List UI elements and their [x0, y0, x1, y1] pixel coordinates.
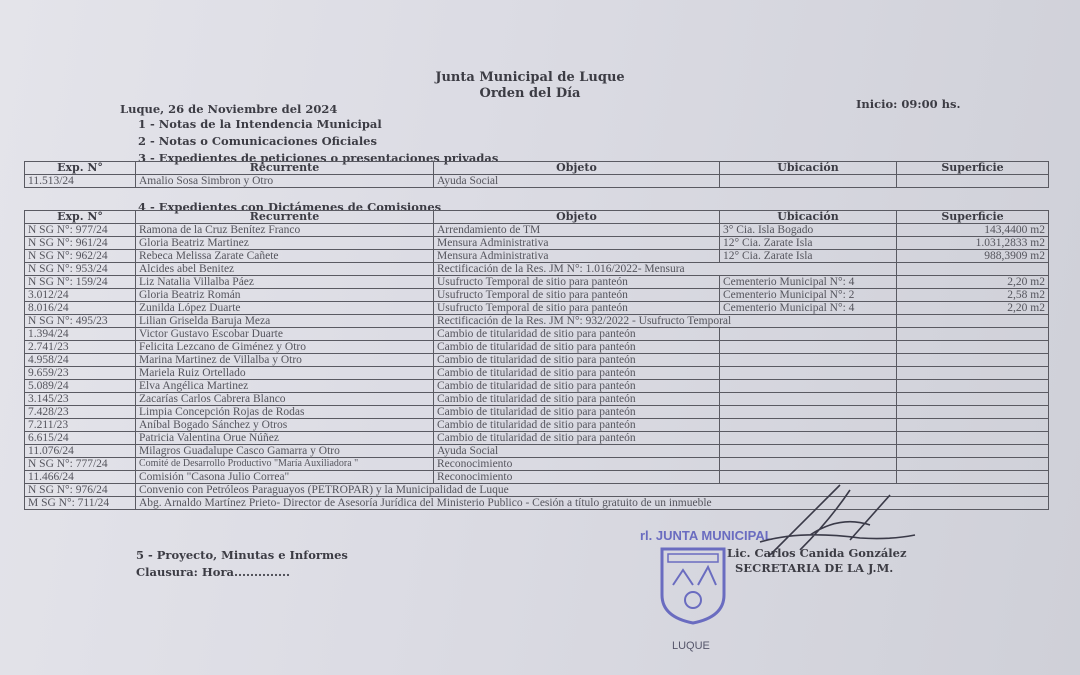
cell-superficie — [897, 354, 1049, 367]
cell-objeto: Reconocimiento — [434, 458, 720, 471]
cell-objeto: Cambio de titularidad de sitio para pant… — [434, 406, 720, 419]
cell-exp: 11.513/24 — [25, 175, 136, 188]
cell-exp: 3.145/23 — [25, 393, 136, 406]
cell-exp: M SG N°: 711/24 — [25, 497, 136, 510]
cell-superficie — [897, 380, 1049, 393]
cell-exp: N SG N°: 953/24 — [25, 263, 136, 276]
col-ubicacion: Ubicación — [720, 162, 897, 175]
cell-superficie — [897, 406, 1049, 419]
cell-superficie: 143,4400 m2 — [897, 224, 1049, 237]
cell-exp: 7.211/23 — [25, 419, 136, 432]
col-objeto: Objeto — [434, 162, 720, 175]
cell-objeto: Rectificación de la Res. JM N°: 932/2022… — [434, 315, 897, 328]
cell-ubicacion: 12° Cia. Zarate Isla — [720, 250, 897, 263]
cell-ubicacion: 12° Cia. Zarate Isla — [720, 237, 897, 250]
cell-exp: 6.615/24 — [25, 432, 136, 445]
cell-objeto: Ayuda Social — [434, 175, 720, 188]
cell-exp: 4.958/24 — [25, 354, 136, 367]
cell-exp: N SG N°: 777/24 — [25, 458, 136, 471]
table-row: N SG N°: 495/23Lilian Griselda Baruja Me… — [25, 315, 1049, 328]
section-5: 5 - Proyecto, Minutas e Informes — [136, 548, 348, 562]
cell-superficie — [897, 445, 1049, 458]
cell-objeto: Ayuda Social — [434, 445, 720, 458]
cell-superficie — [897, 315, 1049, 328]
closing-time: Clausura: Hora.............. — [136, 565, 290, 579]
cell-ubicacion: Cementerio Municipal N°: 4 — [720, 302, 897, 315]
table-private-petitions: Exp. N° Recurrente Objeto Ubicación Supe… — [24, 161, 1049, 188]
col-superficie: Superficie — [897, 162, 1049, 175]
cell-objeto: Reconocimiento — [434, 471, 720, 484]
cell-ubicacion — [720, 354, 897, 367]
stamp-city: LUQUE — [672, 640, 773, 652]
cell-exp: N SG N°: 962/24 — [25, 250, 136, 263]
cell-objeto: Mensura Administrativa — [434, 237, 720, 250]
table-row: 7.428/23Limpia Concepción Rojas de Rodas… — [25, 406, 1049, 419]
col-objeto: Objeto — [434, 211, 720, 224]
cell-ubicacion — [720, 419, 897, 432]
cell-recurrente: Mariela Ruiz Ortellado — [136, 367, 434, 380]
table-row: 9.659/23Mariela Ruiz OrtelladoCambio de … — [25, 367, 1049, 380]
cell-exp: 8.016/24 — [25, 302, 136, 315]
cell-exp: N SG N°: 495/23 — [25, 315, 136, 328]
table-row: N SG N°: 777/24Comité de Desarrollo Prod… — [25, 458, 1049, 471]
table-row: N SG N°: 159/24Liz Natalia Villalba Páez… — [25, 276, 1049, 289]
cell-objeto: Cambio de titularidad de sitio para pant… — [434, 432, 720, 445]
cell-recurrente: Marina Martinez de Villalba y Otro — [136, 354, 434, 367]
table-row: 1.394/24Victor Gustavo Escobar DuarteCam… — [25, 328, 1049, 341]
cell-recurrente: Zunilda López Duarte — [136, 302, 434, 315]
cell-exp: 5.089/24 — [25, 380, 136, 393]
cell-objeto: Arrendamiento de TM — [434, 224, 720, 237]
cell-objeto: Cambio de titularidad de sitio para pant… — [434, 367, 720, 380]
cell-superficie — [897, 341, 1049, 354]
cell-recurrente: Alcides abel Benitez — [136, 263, 434, 276]
cell-superficie — [897, 328, 1049, 341]
cell-recurrente: Comité de Desarrollo Productivo "María A… — [136, 458, 434, 471]
cell-objeto: Mensura Administrativa — [434, 250, 720, 263]
cell-superficie — [897, 263, 1049, 276]
cell-superficie — [897, 367, 1049, 380]
cell-recurrente: Victor Gustavo Escobar Duarte — [136, 328, 434, 341]
table-row: 6.615/24Patricia Valentina Orue NúñezCam… — [25, 432, 1049, 445]
col-ubicacion: Ubicación — [720, 211, 897, 224]
cell-superficie: 2,58 m2 — [897, 289, 1049, 302]
cell-objeto: Cambio de titularidad de sitio para pant… — [434, 328, 720, 341]
cell-ubicacion: Cementerio Municipal N°: 2 — [720, 289, 897, 302]
cell-recurrente: Gloria Beatriz Martinez — [136, 237, 434, 250]
cell-ubicacion — [720, 380, 897, 393]
cell-superficie: 1.031,2833 m2 — [897, 237, 1049, 250]
table-row: 2.741/23Felicita Lezcano de Giménez y Ot… — [25, 341, 1049, 354]
table-committee-opinions: Exp. N° Recurrente Objeto Ubicación Supe… — [24, 210, 1049, 510]
table-row: 11.513/24Amalio Sosa Simbron y OtroAyuda… — [25, 175, 1049, 188]
cell-objeto: Usufructo Temporal de sitio para panteón — [434, 276, 720, 289]
section-1: 1 - Notas de la Intendencia Municipal — [138, 117, 382, 131]
cell-exp: 3.012/24 — [25, 289, 136, 302]
cell-recurrente: Limpia Concepción Rojas de Rodas — [136, 406, 434, 419]
table-row: N SG N°: 962/24Rebeca Melissa Zarate Cañ… — [25, 250, 1049, 263]
section-2: 2 - Notas o Comunicaciones Oficiales — [138, 134, 377, 148]
col-exp: Exp. N° — [25, 211, 136, 224]
table-row: 5.089/24Elva Angélica MartinezCambio de … — [25, 380, 1049, 393]
table-header: Exp. N° Recurrente Objeto Ubicación Supe… — [25, 162, 1049, 175]
cell-superficie — [897, 432, 1049, 445]
col-superficie: Superficie — [897, 211, 1049, 224]
cell-exp: 2.741/23 — [25, 341, 136, 354]
table-row: N SG N°: 953/24Alcides abel BenitezRecti… — [25, 263, 1049, 276]
cell-objeto: Usufructo Temporal de sitio para panteón — [434, 289, 720, 302]
table-row: 4.958/24Marina Martinez de Villalba y Ot… — [25, 354, 1049, 367]
cell-recurrente: Milagros Guadalupe Casco Gamarra y Otro — [136, 445, 434, 458]
cell-superficie — [897, 458, 1049, 471]
institution-title: Junta Municipal de Luque — [380, 70, 680, 85]
cell-objeto: Rectificación de la Res. JM N°: 1.016/20… — [434, 263, 897, 276]
table-row: N SG N°: 961/24Gloria Beatriz MartinezMe… — [25, 237, 1049, 250]
cell-ubicacion — [720, 432, 897, 445]
cell-ubicacion — [720, 328, 897, 341]
cell-ubicacion — [720, 445, 897, 458]
cell-exp: N SG N°: 159/24 — [25, 276, 136, 289]
cell-recurrente: Patricia Valentina Orue Núñez — [136, 432, 434, 445]
cell-recurrente: Amalio Sosa Simbron y Otro — [136, 175, 434, 188]
document-title: Orden del Día — [380, 86, 680, 101]
cell-exp: 9.659/23 — [25, 367, 136, 380]
cell-objeto: Usufructo Temporal de sitio para panteón — [434, 302, 720, 315]
cell-superficie: 2,20 m2 — [897, 276, 1049, 289]
cell-recurrente: Lilian Griselda Baruja Meza — [136, 315, 434, 328]
cell-superficie — [897, 175, 1049, 188]
table-row: N SG N°: 977/24Ramona de la Cruz Benítez… — [25, 224, 1049, 237]
cell-objeto: Cambio de titularidad de sitio para pant… — [434, 419, 720, 432]
cell-exp: 11.466/24 — [25, 471, 136, 484]
cell-superficie: 2,20 m2 — [897, 302, 1049, 315]
cell-recurrente: Ramona de la Cruz Benítez Franco — [136, 224, 434, 237]
cell-recurrente: Gloria Beatriz Román — [136, 289, 434, 302]
cell-ubicacion — [720, 406, 897, 419]
cell-ubicacion — [720, 341, 897, 354]
document-page: Junta Municipal de Luque Orden del Día L… — [0, 0, 1080, 675]
cell-exp: 1.394/24 — [25, 328, 136, 341]
cell-recurrente: Zacarías Carlos Cabrera Blanco — [136, 393, 434, 406]
cell-objeto: Cambio de titularidad de sitio para pant… — [434, 341, 720, 354]
cell-ubicacion — [720, 175, 897, 188]
coat-of-arms-icon — [658, 545, 728, 625]
cell-objeto: Cambio de titularidad de sitio para pant… — [434, 393, 720, 406]
col-recurrente: Recurrente — [136, 211, 434, 224]
cell-objeto: Cambio de titularidad de sitio para pant… — [434, 354, 720, 367]
table-header: Exp. N° Recurrente Objeto Ubicación Supe… — [25, 211, 1049, 224]
cell-ubicacion — [720, 393, 897, 406]
signer-name: Lic. Carlos Canida González — [727, 546, 907, 560]
cell-recurrente: Liz Natalia Villalba Páez — [136, 276, 434, 289]
cell-exp: N SG N°: 976/24 — [25, 484, 136, 497]
cell-recurrente: Rebeca Melissa Zarate Cañete — [136, 250, 434, 263]
table-row: 8.016/24Zunilda López DuarteUsufructo Te… — [25, 302, 1049, 315]
cell-ubicacion — [720, 367, 897, 380]
table-row: 11.076/24Milagros Guadalupe Casco Gamarr… — [25, 445, 1049, 458]
cell-recurrente: Comisión "Casona Julio Correa" — [136, 471, 434, 484]
cell-objeto: Cambio de titularidad de sitio para pant… — [434, 380, 720, 393]
cell-exp: N SG N°: 977/24 — [25, 224, 136, 237]
cell-exp: N SG N°: 961/24 — [25, 237, 136, 250]
table-row: 3.145/23Zacarías Carlos Cabrera BlancoCa… — [25, 393, 1049, 406]
start-time: Inicio: 09:00 hs. — [856, 97, 961, 111]
table-row: 3.012/24Gloria Beatriz RománUsufructo Te… — [25, 289, 1049, 302]
col-exp: Exp. N° — [25, 162, 136, 175]
cell-recurrente: Elva Angélica Martinez — [136, 380, 434, 393]
cell-ubicacion: 3° Cia. Isla Bogado — [720, 224, 897, 237]
cell-ubicacion: Cementerio Municipal N°: 4 — [720, 276, 897, 289]
table-row: 7.211/23Aníbal Bogado Sánchez y OtrosCam… — [25, 419, 1049, 432]
cell-superficie: 988,3909 m2 — [897, 250, 1049, 263]
cell-exp: 7.428/23 — [25, 406, 136, 419]
cell-exp: 11.076/24 — [25, 445, 136, 458]
col-recurrente: Recurrente — [136, 162, 434, 175]
cell-ubicacion — [720, 458, 897, 471]
date-line: Luque, 26 de Noviembre del 2024 — [120, 102, 337, 116]
cell-recurrente: Aníbal Bogado Sánchez y Otros — [136, 419, 434, 432]
cell-recurrente: Felicita Lezcano de Giménez y Otro — [136, 341, 434, 354]
cell-superficie — [897, 419, 1049, 432]
cell-superficie — [897, 393, 1049, 406]
signer-role: SECRETARIA DE LA J.M. — [735, 561, 893, 575]
